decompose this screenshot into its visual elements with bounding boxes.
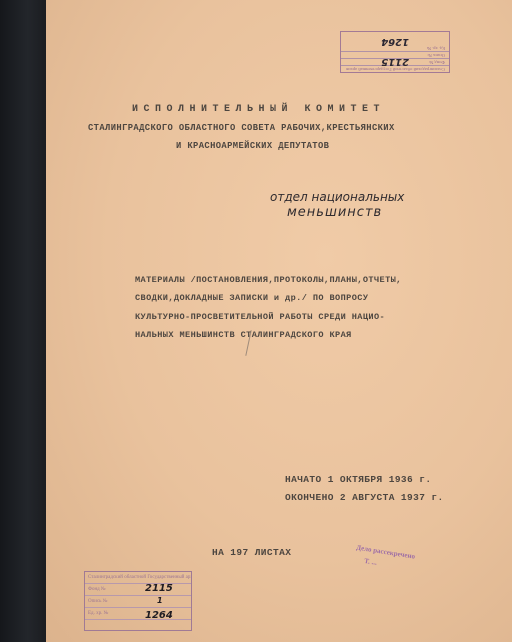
archive-stamp-top: Сталинградский областной Государственный… bbox=[340, 31, 450, 73]
description-line-2: СВОДКИ,ДОКЛАДНЫЕ ЗАПИСКИ и др./ ПО ВОПРО… bbox=[135, 293, 368, 303]
stamp-delo-number: 1264 bbox=[381, 36, 409, 47]
stamp-bottom-fond-label: Фонд № bbox=[85, 584, 191, 596]
header-line-2: СТАЛИНГРАДСКОГО ОБЛАСТНОГО СОВЕТА РАБОЧИ… bbox=[88, 123, 395, 133]
stamp-bottom-opis-number: 1 bbox=[157, 596, 163, 605]
archive-stamp-bottom: Сталинградский областной Государственный… bbox=[84, 571, 192, 631]
header-line-3: И КРАСНОАРМЕЙСКИХ ДЕПУТАТОВ bbox=[176, 141, 329, 151]
stamp-bottom-delo-number: 1264 bbox=[145, 610, 173, 621]
sheet-count: НА 197 ЛИСТАХ bbox=[212, 547, 291, 558]
date-started: НАЧАТО 1 ОКТЯБРЯ 1936 г. bbox=[285, 474, 431, 485]
stamp-bottom-fond-number: 2115 bbox=[145, 583, 173, 594]
handwritten-department-line-1: отдел национальных bbox=[270, 190, 404, 204]
stamp-bottom-delo-label: Ед. хр. № bbox=[85, 608, 191, 620]
stamp-fond-number: 2115 bbox=[381, 56, 409, 67]
description-line-4: НАЛЬНЫХ МЕНЬШИНСТВ СТАЛИНГРАДСКОГО КРАЯ bbox=[135, 330, 352, 340]
book-binding bbox=[0, 0, 46, 642]
description-line-1: МАТЕРИАЛЫ /ПОСТАНОВЛЕНИЯ,ПРОТОКОЛЫ,ПЛАНЫ… bbox=[135, 275, 402, 285]
stamp-bottom-archive-name: Сталинградский областной Государственный… bbox=[85, 572, 191, 584]
date-ended: ОКОНЧЕНО 2 АВГУСТА 1937 г. bbox=[285, 492, 444, 503]
description-line-3: КУЛЬТУРНО-ПРОСВЕТИТЕЛЬНОЙ РАБОТЫ СРЕДИ Н… bbox=[135, 312, 385, 322]
handwritten-department-line-2: меньшинств bbox=[287, 205, 382, 220]
stamp-bottom-opis-label: Опись № bbox=[85, 596, 191, 608]
header-line-1: ИСПОЛНИТЕЛЬНЫЙ КОМИТЕТ bbox=[132, 104, 385, 115]
